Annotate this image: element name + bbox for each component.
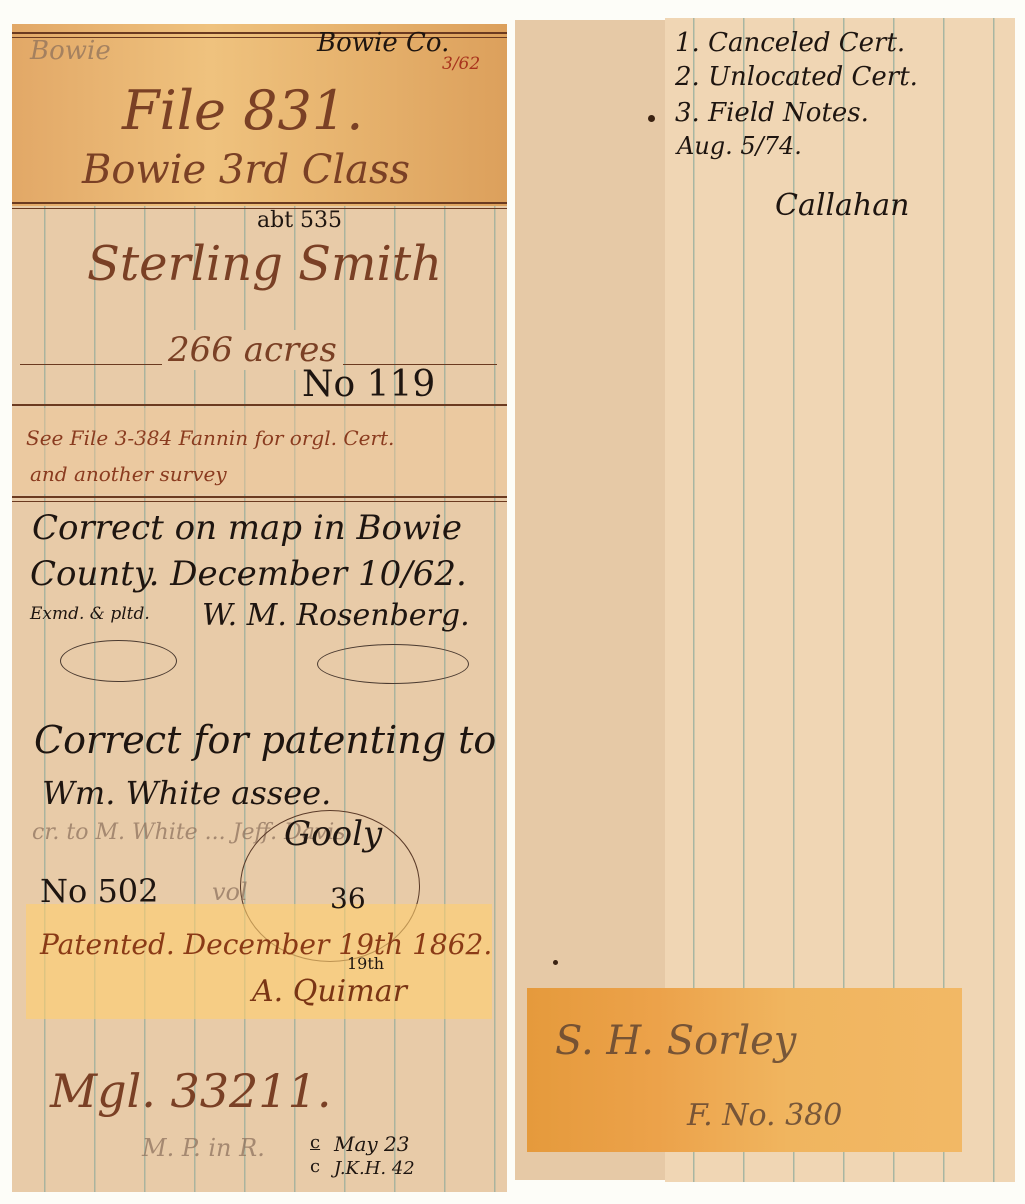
- enclosure-item-2: 2. Unlocated Cert.: [675, 62, 918, 92]
- map-note-signature: W. M. Rosenberg.: [202, 598, 470, 633]
- stamp-name: S. H. Sorley: [555, 1018, 796, 1064]
- rule-line: [12, 202, 507, 204]
- flourish-loop: [317, 644, 469, 684]
- abstract-number: abt 535: [257, 208, 342, 233]
- class-line: Bowie 3rd Class: [82, 147, 410, 193]
- patented-signature: A. Quimar: [252, 974, 407, 1009]
- cross-reference-line2: and another survey: [30, 462, 227, 486]
- flourish-loop: [60, 640, 177, 682]
- mgl-number: Mgl. 33211.: [50, 1064, 331, 1118]
- c-bottom: c: [310, 1156, 320, 1177]
- left-document-panel: Bowie Bowie Co. 3/62 File 831. Bowie 3rd…: [12, 24, 507, 1192]
- patenting-note-line2: Wm. White assee.: [42, 774, 331, 812]
- enclosure-date: Aug. 5/74.: [677, 132, 802, 160]
- clerk-signature: Callahan: [775, 188, 909, 223]
- enclosure-item-3: 3. Field Notes.: [675, 98, 869, 128]
- map-note-line2: County. December 10/62.: [30, 554, 467, 594]
- patent-number: No 502: [40, 872, 159, 910]
- date-bottom: J.K.H. 42: [334, 1158, 415, 1179]
- rule-line: [12, 501, 507, 502]
- file-number: No 119: [302, 364, 435, 405]
- file-label: File 831.: [122, 79, 363, 142]
- faint-heading: Bowie: [30, 36, 111, 66]
- patenting-signature: Gooly: [284, 814, 382, 854]
- stamp-reference: F. No. 380: [687, 1098, 842, 1133]
- rule-line: [12, 404, 507, 406]
- county-note: Bowie Co.: [317, 28, 449, 58]
- mpr-note: M. P. in R.: [142, 1134, 265, 1162]
- patent-faint-vol: vol: [212, 878, 248, 906]
- ink-spot: [648, 115, 655, 122]
- patented-line: Patented. December 19th 1862.: [40, 928, 492, 961]
- enclosure-item-1: 1. Canceled Cert.: [675, 28, 905, 58]
- grantee-name: Sterling Smith: [87, 236, 442, 292]
- red-annotation: 3/62: [442, 54, 480, 74]
- map-note-line1: Correct on map in Bowie: [32, 508, 462, 548]
- ink-spot: [553, 960, 558, 965]
- map-note-initials: Exmd. & pltd.: [30, 604, 150, 624]
- stamp-highlight-band: S. H. Sorley F. No. 380: [527, 988, 962, 1152]
- c-top: c: [310, 1132, 320, 1153]
- patenting-note-line1: Correct for patenting to: [34, 718, 496, 762]
- patented-day-correction: 19th: [347, 954, 384, 973]
- date-top: May 23: [334, 1132, 410, 1156]
- rule-line: [12, 496, 507, 498]
- cross-reference-line1: See File 3-384 Fannin for orgl. Cert.: [26, 426, 394, 450]
- patent-volume: 36: [330, 882, 366, 915]
